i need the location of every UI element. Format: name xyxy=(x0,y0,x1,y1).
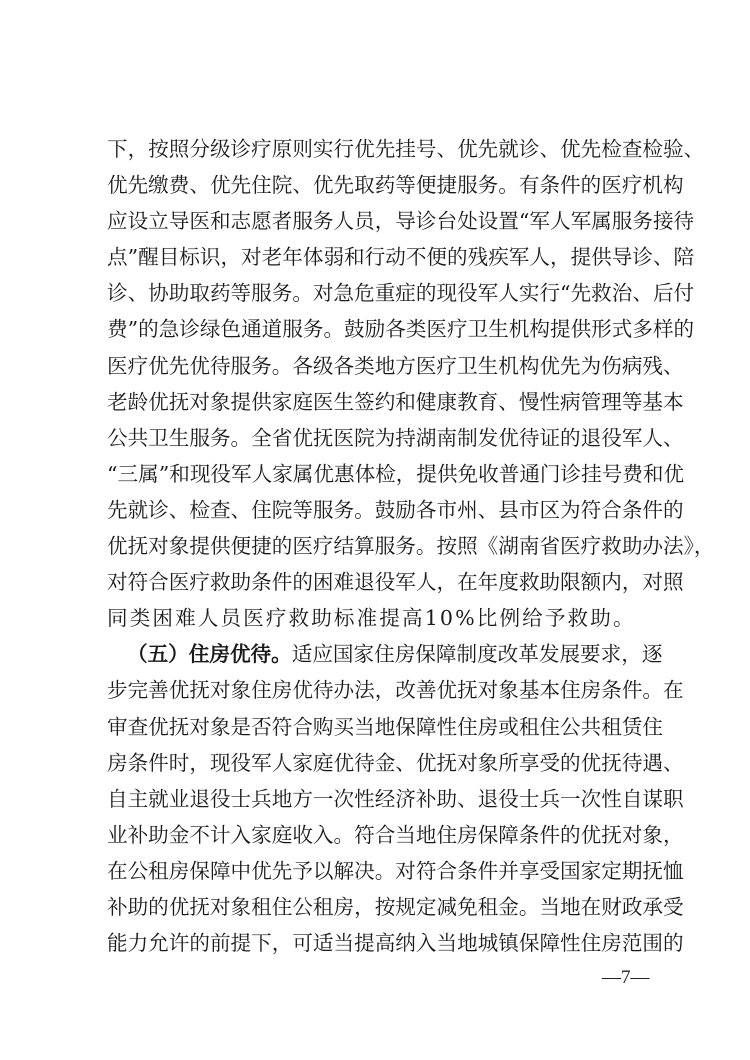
section-heading-line: （五）住房优待。适应国家住房保障制度改革发展要求，逐 xyxy=(107,636,657,672)
text-line: 自主就业退役士兵地方一次性经济补助、退役士兵一次性自谋职 xyxy=(107,781,657,817)
text-line: 优先缴费、优先住院、优先取药等便捷服务。有条件的医疗机构 xyxy=(107,167,657,203)
text-line: 能力允许的前提下，可适当提高纳入当地城镇保障性住房范围的 xyxy=(107,925,657,961)
text-line: 同类困难人员医疗救助标准提高10%比例给予救助。 xyxy=(107,600,657,636)
text-line: 应设立导医和志愿者服务人员，导诊台处设置“军人军属服务接待 xyxy=(107,203,657,239)
text-line: 房条件时，现役军人家庭优待金、优抚对象所享受的优抚待遇、 xyxy=(107,745,657,781)
text-line: 补助的优抚对象租住公租房，按规定减免租金。当地在财政承受 xyxy=(107,889,657,925)
text-line: 医疗优先优待服务。各级各类地方医疗卫生机构优先为伤病残、 xyxy=(107,348,657,384)
text-line: 在公租房保障中优先予以解决。对符合条件并享受国家定期抚恤 xyxy=(107,853,657,889)
text-line: 对符合医疗救助条件的困难退役军人，在年度救助限额内，对照 xyxy=(107,564,657,600)
text-line: 优抚对象提供便捷的医疗结算服务。按照《湖南省医疗救助办法》， xyxy=(107,528,657,564)
text-line: “三属”和现役军人家属优惠体检，提供免收普通门诊挂号费和优 xyxy=(107,456,657,492)
text-line: 公共卫生服务。全省优抚医院为持湖南制发优待证的退役军人、 xyxy=(107,420,657,456)
text-line: 点”醒目标识，对老年体弱和行动不便的残疾军人，提供导诊、陪 xyxy=(107,239,657,275)
text-line: 业补助金不计入家庭收入。符合当地住房保障条件的优抚对象， xyxy=(107,817,657,853)
page-number: —7— xyxy=(602,966,650,990)
text-line: 费”的急诊绿色通道服务。鼓励各类医疗卫生机构提供形式多样的 xyxy=(107,311,657,347)
text-line: 老龄优抚对象提供家庭医生签约和健康教育、慢性病管理等基本 xyxy=(107,384,657,420)
section-first-line-text: 适应国家住房保障制度改革发展要求，逐 xyxy=(292,642,663,666)
body-text: 下，按照分级诊疗原则实行优先挂号、优先就诊、优先检查检验、 优先缴费、优先住院、… xyxy=(107,131,657,961)
text-line: 诊、协助取药等服务。对急危重症的现役军人实行“先救治、后付 xyxy=(107,275,657,311)
text-line: 先就诊、检查、住院等服务。鼓励各市州、县市区为符合条件的 xyxy=(107,492,657,528)
document-page: 下，按照分级诊疗原则实行优先挂号、优先就诊、优先检查检验、 优先缴费、优先住院、… xyxy=(0,0,750,1060)
section-heading: （五）住房优待。 xyxy=(127,642,292,666)
text-line: 审查优抚对象是否符合购买当地保障性住房或租住公共租赁住 xyxy=(107,709,657,745)
text-line: 下，按照分级诊疗原则实行优先挂号、优先就诊、优先检查检验、 xyxy=(107,131,657,167)
text-line: 步完善优抚对象住房优待办法，改善优抚对象基本住房条件。在 xyxy=(107,672,657,708)
